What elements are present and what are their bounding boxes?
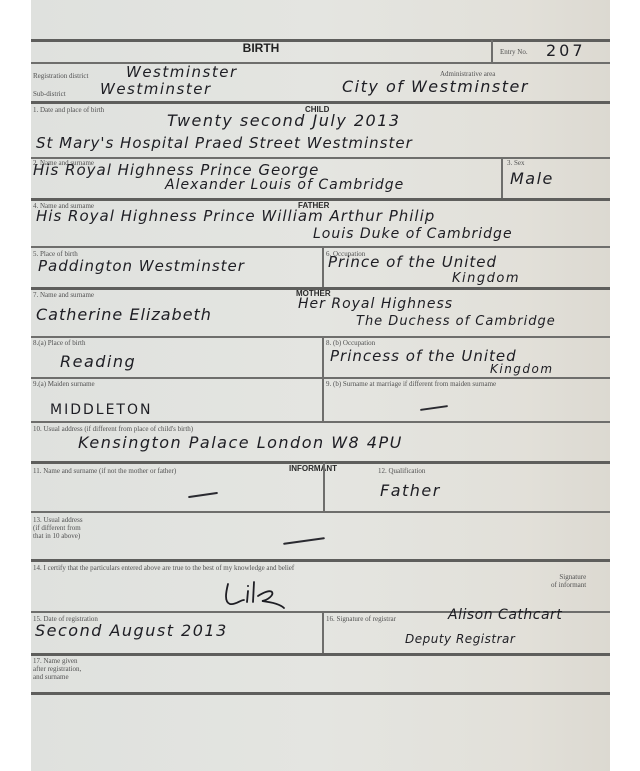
mother-place-of-birth-label: 8.(a) Place of birth [33, 339, 85, 347]
mother-name-label: 7. Name and surname [33, 291, 94, 299]
surname-at-marriage-label: 9. (b) Surname at marriage if different … [326, 380, 496, 388]
sub-district-label: Sub-district [33, 90, 66, 98]
signature-of-informant-label: Signature of informant [551, 573, 586, 589]
divider [31, 421, 610, 423]
father-occupation-line1: Prince of the United [328, 253, 497, 271]
form-bottom-border [31, 692, 610, 695]
divider [322, 611, 324, 654]
informant-section-label: INFORMANT [289, 464, 337, 473]
entry-no-value: 207 [546, 41, 586, 60]
mother-occupation-line1: Princess of the United [330, 347, 517, 365]
mother-name-part1: Catherine Elizabeth [36, 305, 212, 324]
usual-address-label: 10. Usual address (if different from pla… [33, 425, 193, 433]
child-name-line2: Alexander Louis of Cambridge [165, 177, 404, 193]
qualification-value: Father [380, 481, 441, 500]
divider [31, 559, 610, 562]
divider [31, 377, 610, 379]
mother-name-line1: Her Royal Highness [298, 296, 453, 312]
divider [31, 511, 610, 513]
divider [31, 653, 610, 656]
mother-occupation-label: 8. (b) Occupation [326, 339, 375, 347]
entry-number-box: Entry No. 207 [491, 40, 610, 62]
divider [323, 462, 325, 512]
place-of-birth-value: St Mary's Hospital Praed Street Westmins… [36, 134, 413, 152]
mother-name-line2: The Duchess of Cambridge [356, 314, 556, 329]
father-occupation-line2: Kingdom [452, 271, 520, 286]
father-name-line1: His Royal Highness Prince William Arthur… [36, 207, 435, 225]
certify-statement: 14. I certify that the particulars enter… [33, 564, 294, 572]
divider [501, 157, 503, 199]
date-of-birth-value: Twenty second July 2013 [167, 111, 401, 130]
entry-no-label: Entry No. [500, 48, 528, 56]
mother-place-of-birth-value: Reading [60, 352, 136, 371]
date-of-registration-value: Second August 2013 [35, 621, 228, 640]
maiden-surname-label: 9.(a) Maiden surname [33, 380, 95, 388]
date-place-of-birth-label: 1. Date and place of birth [33, 106, 104, 114]
divider [322, 336, 324, 422]
informant-usual-address-label: 13. Usual address (if different from tha… [33, 516, 83, 540]
father-name-line2: Louis Duke of Cambridge [313, 226, 513, 242]
informant-name-label: 11. Name and surname (if not the mother … [33, 467, 176, 475]
divider [31, 336, 610, 338]
maiden-surname-value: MIDDLETON [50, 402, 152, 418]
header-divider [31, 62, 610, 64]
divider [322, 246, 324, 288]
informant-signature: William [222, 578, 302, 612]
father-place-of-birth-value: Paddington Westminster [38, 257, 245, 275]
form-title: BIRTH [31, 41, 491, 55]
sex-label: 3. Sex [507, 159, 525, 167]
divider [31, 101, 610, 104]
registrar-signature-value: Alison Cathcart [448, 607, 562, 623]
divider [31, 246, 610, 248]
sex-value: Male [510, 169, 554, 188]
registrar-signature-label: 16. Signature of registrar [326, 615, 396, 623]
sub-district-value: Westminster [100, 80, 212, 98]
registration-district-value: Westminster [126, 63, 238, 81]
registration-district-label: Registration district [33, 72, 88, 80]
mother-occupation-line2: Kingdom [490, 362, 554, 376]
qualification-label: 12. Qualification [378, 467, 425, 475]
administrative-area-value: City of Westminster [342, 77, 529, 96]
name-after-registration-label: 17. Name given after registration, and s… [33, 657, 81, 681]
usual-address-value: Kensington Palace London W8 4PU [78, 433, 403, 452]
registrar-title: Deputy Registrar [405, 632, 515, 646]
